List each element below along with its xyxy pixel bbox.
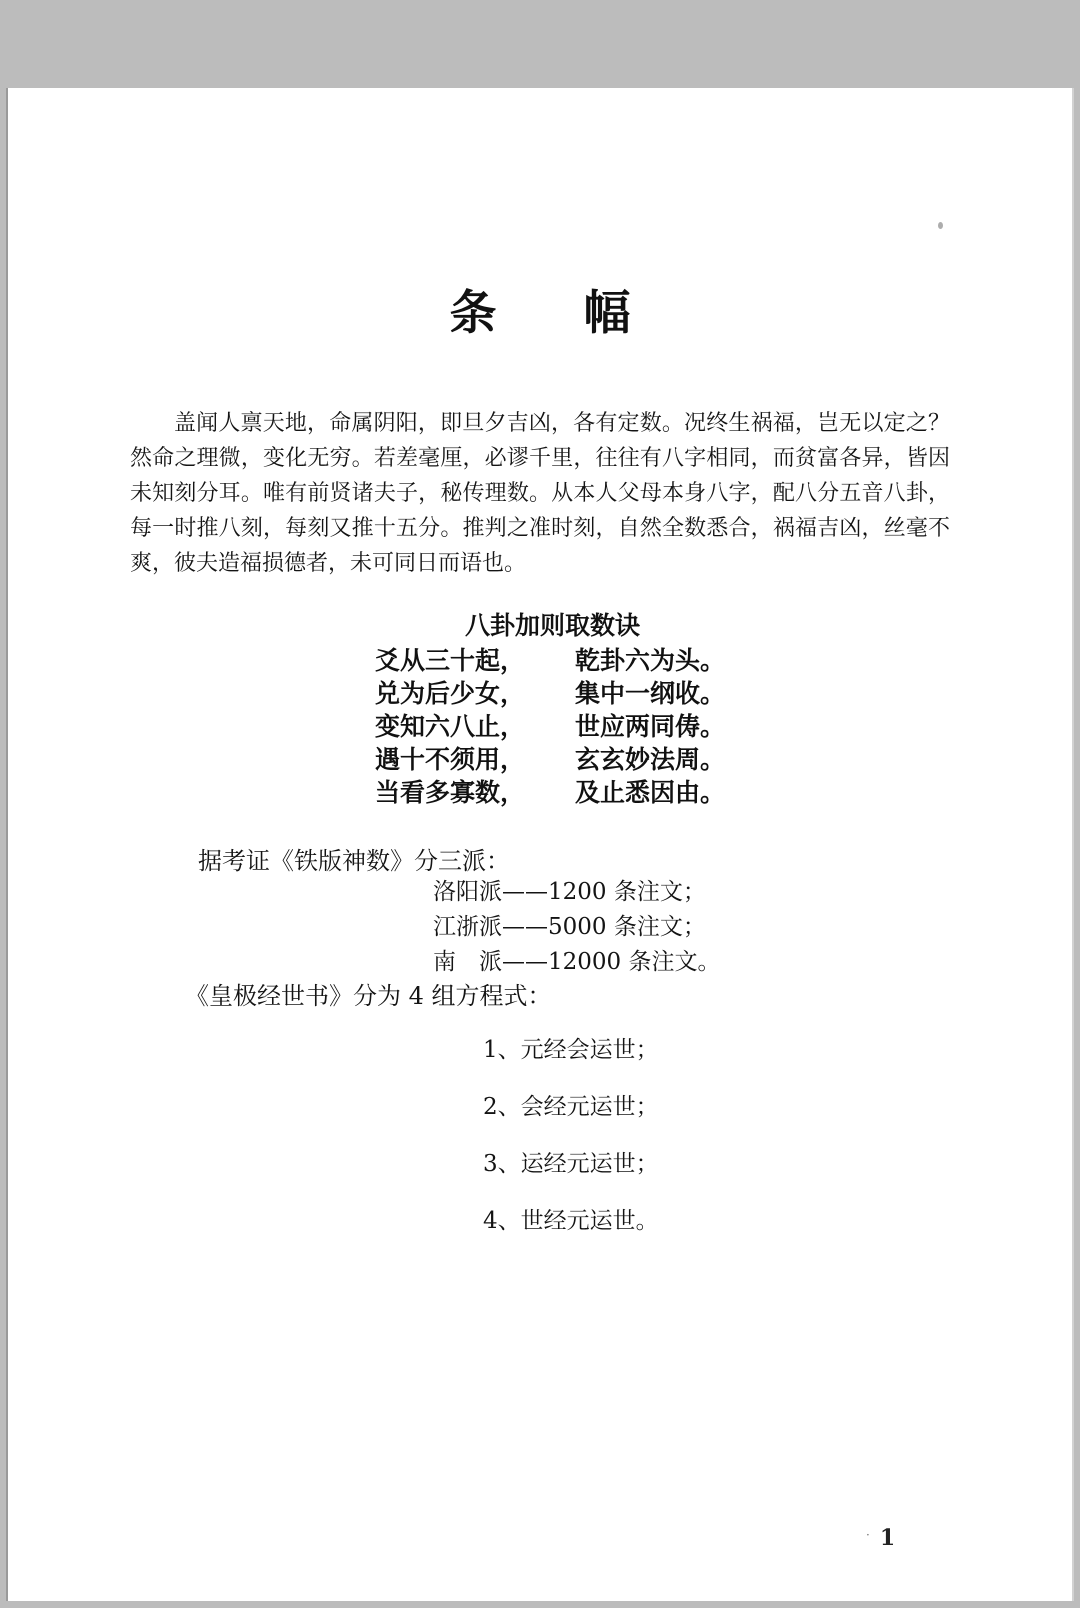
paragraph-line: 盖闻人禀天地，命属阴阳，即旦夕吉凶，各有定数。况终生祸福，岂无以定之？: [130, 406, 950, 441]
equation-item: 2、会经元运世；: [483, 1090, 659, 1124]
school-item: 南 派——12000 条注文。: [433, 945, 720, 980]
equations-intro: 《皇极经世书》分为 4 组方程式：: [185, 976, 552, 1011]
verse-right: 及止悉因由。: [575, 776, 725, 809]
paragraph-line: 每一时推八刻，每刻又推十五分。推判之准时刻，自然全数悉合，祸福吉凶，丝毫不: [130, 511, 950, 546]
equation-item: 3、运经元运世；: [483, 1147, 659, 1181]
equation-item: 1、元经会运世；: [483, 1033, 659, 1067]
intro-paragraph: 盖闻人禀天地，命属阴阳，即旦夕吉凶，各有定数。况终生祸福，岂无以定之？ 然命之理…: [130, 406, 950, 581]
verse-row: 变知六八止， 世应两同俦。: [375, 710, 725, 743]
schools-intro: 据考证《铁版神数》分三派：: [198, 841, 510, 876]
paragraph-line: 爽，彼夫造福损德者，未可同日而语也。: [130, 546, 950, 581]
school-item: 洛阳派——1200 条注文；: [433, 875, 720, 910]
paragraph-line: 未知刻分耳。唯有前贤诸夫子，秘传理数。从本人父母本身八字，配八分五音八卦，: [130, 476, 950, 511]
scan-background: 条幅 盖闻人禀天地，命属阴阳，即旦夕吉凶，各有定数。况终生祸福，岂无以定之？ 然…: [0, 0, 1080, 1608]
equation-item: 4、世经元运世。: [483, 1204, 659, 1238]
page-number-value: 1: [880, 1525, 895, 1551]
verse-left: 爻从三十起，: [375, 644, 575, 677]
school-item: 江浙派——5000 条注文；: [433, 910, 720, 945]
schools-list: 洛阳派——1200 条注文； 江浙派——5000 条注文； 南 派——12000…: [433, 875, 720, 980]
verse-right: 集中一纲收。: [575, 677, 725, 710]
verse-left: 遇十不须用，: [375, 743, 575, 776]
page-title: 条幅: [8, 276, 1072, 343]
verse-table: 爻从三十起， 乾卦六为头。 兑为后少女， 集中一纲收。 变知六八止， 世应两同俦…: [375, 644, 725, 809]
equations-list: 1、元经会运世； 2、会经元运世； 3、运经元运世； 4、世经元运世。: [483, 1010, 659, 1261]
verse-left: 变知六八止，: [375, 710, 575, 743]
verse-row: 遇十不须用， 玄玄妙法周。: [375, 743, 725, 776]
verse-row: 爻从三十起， 乾卦六为头。: [375, 644, 725, 677]
page-number: ·1: [866, 1525, 895, 1551]
paragraph-line: 然命之理微，变化无穷。若差毫厘，必谬千里，往往有八字相同，而贫富各异，皆因: [130, 441, 950, 476]
verse-heading: 八卦加则取数诀: [465, 606, 640, 642]
book-page: 条幅 盖闻人禀天地，命属阴阳，即旦夕吉凶，各有定数。况终生祸福，岂无以定之？ 然…: [8, 88, 1072, 1601]
scan-artifact-dot: [938, 222, 943, 229]
verse-right: 世应两同俦。: [575, 710, 725, 743]
verse-left: 兑为后少女，: [375, 677, 575, 710]
verse-right: 乾卦六为头。: [575, 644, 725, 677]
verse-right: 玄玄妙法周。: [575, 743, 725, 776]
page-number-dot: ·: [866, 1528, 870, 1542]
verse-row: 当看多寡数， 及止悉因由。: [375, 776, 725, 809]
verse-row: 兑为后少女， 集中一纲收。: [375, 677, 725, 710]
verse-left: 当看多寡数，: [375, 776, 575, 809]
